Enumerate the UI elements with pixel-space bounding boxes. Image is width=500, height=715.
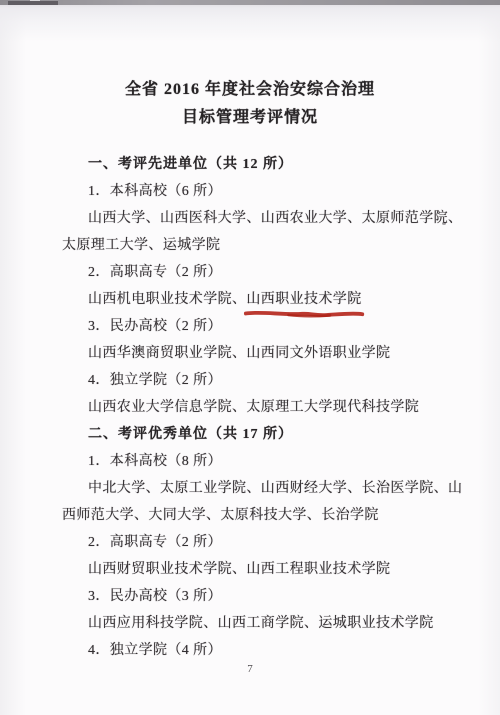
section-heading-advanced-units: 一、考评先进单位（共 12 所）: [62, 151, 454, 178]
school-list-undergrad-b: 太原理工大学、运城学院: [62, 232, 454, 259]
list-heading-vocational: 2．高职高专（2 所）: [62, 259, 454, 286]
list-heading-undergrad-2: 1．本科高校（8 所）: [62, 448, 454, 475]
school-list-undergrad-2a: 中北大学、太原工业学院、山西财经大学、长治医学院、山: [62, 475, 454, 502]
school-list-vocational-prefix: 山西机电职业技术学院、: [88, 292, 246, 307]
school-list-vocational-2: 山西财贸职业技术学院、山西工程职业技术学院: [62, 556, 454, 583]
page-number: 7: [0, 663, 500, 675]
list-heading-private: 3．民办高校（2 所）: [62, 313, 454, 340]
school-list-independent: 山西农业大学信息学院、太原理工大学现代科技学院: [62, 394, 454, 421]
document-title: 全省 2016 年度社会治安综合治理 目标管理考评情况: [0, 76, 500, 132]
list-heading-undergrad: 1．本科高校（6 所）: [62, 178, 454, 205]
list-heading-independent: 4．独立学院（2 所）: [62, 367, 454, 394]
school-list-private: 山西华澳商贸职业学院、山西同文外语职业学院: [62, 340, 454, 367]
school-list-vocational: 山西机电职业技术学院、山西职业技术学院: [62, 286, 454, 313]
school-list-undergrad-a: 山西大学、山西医科大学、山西农业大学、太原师范学院、: [62, 205, 454, 232]
list-heading-private-2: 3．民办高校（3 所）: [62, 583, 454, 610]
school-list-private-2: 山西应用科技学院、山西工商学院、运城职业技术学院: [62, 610, 454, 637]
scan-edge-artifact: [0, 0, 500, 5]
document-title-line1: 全省 2016 年度社会治安综合治理: [0, 76, 500, 104]
section-heading-excellent-units: 二、考评优秀单位（共 17 所）: [62, 421, 454, 448]
list-heading-independent-2: 4．独立学院（4 所）: [62, 637, 454, 664]
red-underlined-text: 山西职业技术学院: [246, 286, 361, 313]
document-body: 一、考评先进单位（共 12 所） 1．本科高校（6 所） 山西大学、山西医科大学…: [62, 151, 454, 664]
school-list-vocational-underlined: 山西职业技术学院: [246, 292, 361, 307]
list-heading-vocational-2: 2．高职高专（2 所）: [62, 529, 454, 556]
scanned-document-page: 全省 2016 年度社会治安综合治理 目标管理考评情况 一、考评先进单位（共 1…: [0, 0, 500, 715]
school-list-undergrad-2b: 西师范大学、大同大学、太原科技大学、长治学院: [62, 502, 454, 529]
scan-edge-dark-segment: [8, 1, 58, 5]
document-title-line2: 目标管理考评情况: [0, 104, 500, 132]
